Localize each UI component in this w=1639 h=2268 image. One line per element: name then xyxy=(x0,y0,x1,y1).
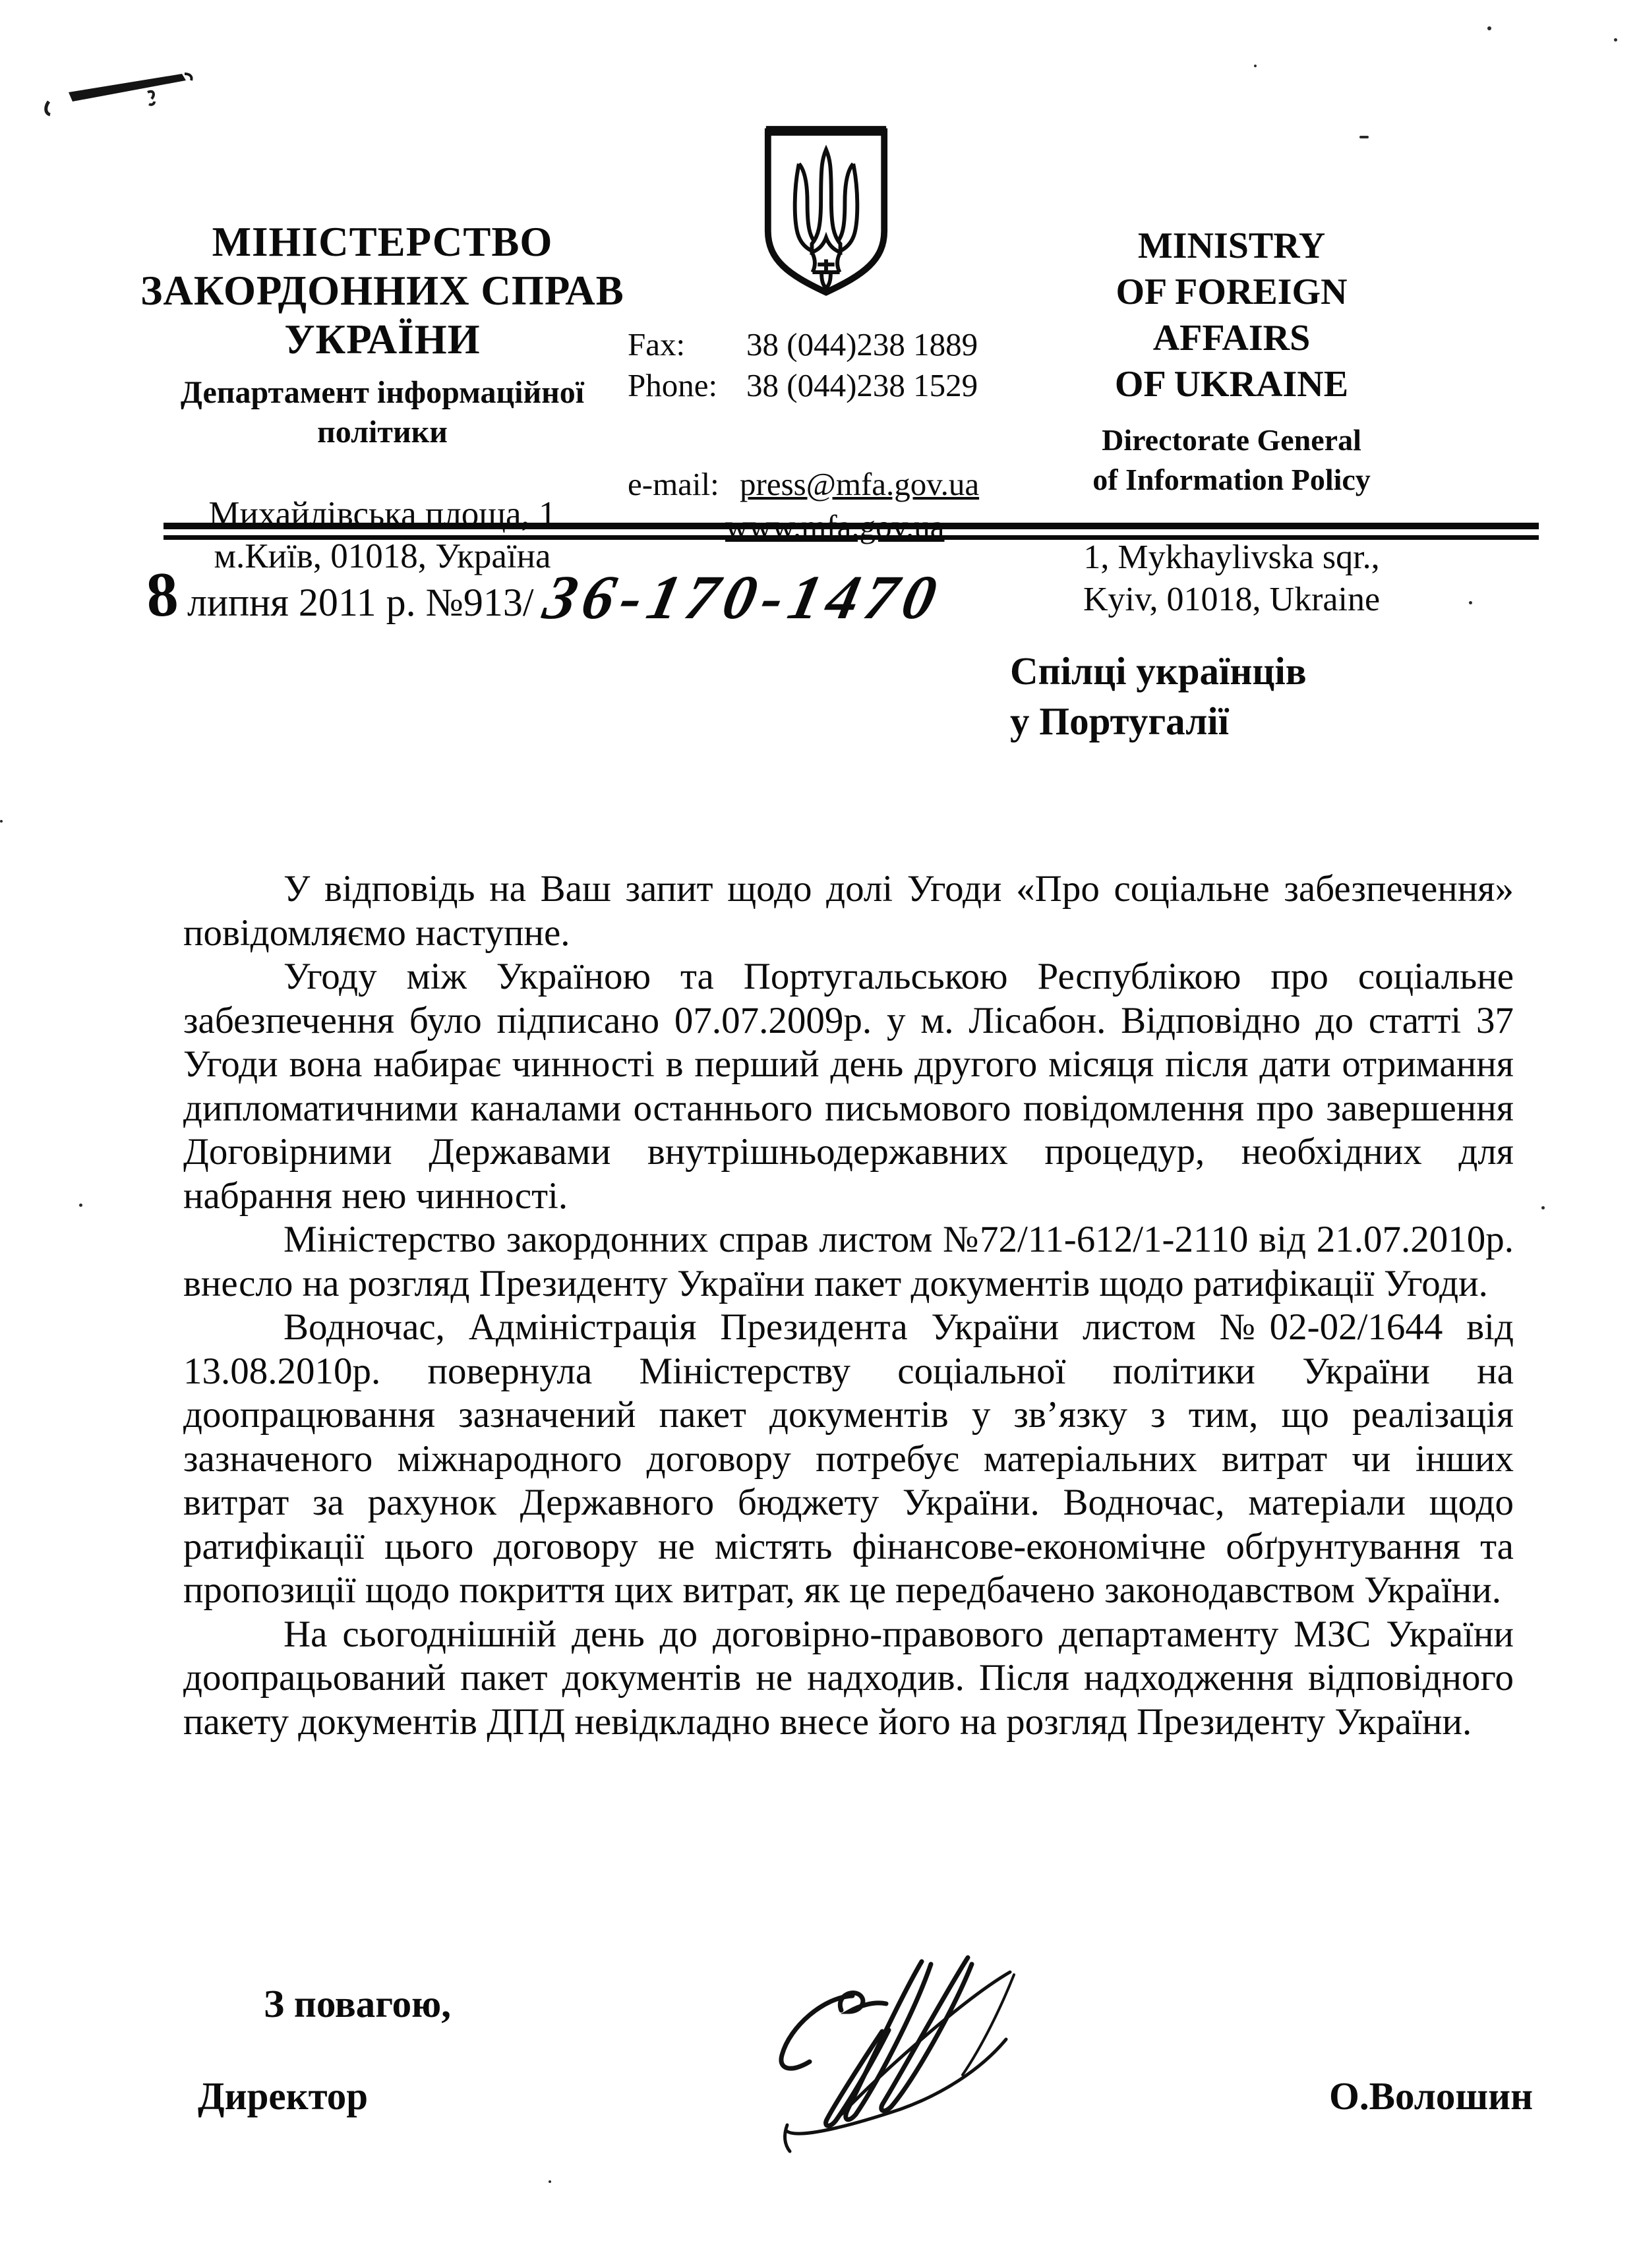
dept-ua-line: Департамент інформаційної xyxy=(105,373,659,413)
pen-curl-right xyxy=(148,92,154,105)
reference-printed-text: липня 2011 р. №913/ xyxy=(178,580,534,625)
dept-en-line: of Information Policy xyxy=(1052,460,1411,500)
email-address: press@mfa.gov.ua xyxy=(740,464,979,505)
email-label: e-mail: xyxy=(628,464,740,505)
scan-speck xyxy=(549,2180,551,2183)
letterhead-divider-rule xyxy=(164,523,1539,540)
scan-speck xyxy=(1487,26,1491,30)
signer-name: О.Волошин xyxy=(1329,2074,1533,2119)
fax-label: Fax: xyxy=(628,324,746,365)
handwritten-day: 8 xyxy=(144,557,180,631)
scanned-letter-page: { "letterhead": { "left": { "org_lines":… xyxy=(0,0,1639,2268)
closing-salutation: З повагою, xyxy=(264,1981,451,2027)
pen-curl-left xyxy=(46,102,50,115)
emblem-trident xyxy=(795,150,858,288)
recipient-line: у Португалії xyxy=(1010,696,1307,746)
org-name-en-line: OF FOREIGN AFFAIRS xyxy=(1052,269,1411,361)
letter-body: У відповідь на Ваш запит щодо долі Угоди… xyxy=(183,867,1514,1744)
body-paragraph: Міністерство закордонних справ листом №7… xyxy=(183,1218,1514,1306)
pen-scribble-mark xyxy=(18,51,210,144)
scan-speck xyxy=(0,820,3,823)
org-name-ua-line: МІНІСТЕРСТВО xyxy=(105,218,659,266)
recipient-line: Спілці українців xyxy=(1010,646,1307,696)
fax-value: 38 (044)238 1889 xyxy=(746,324,978,365)
signer-title: Директор xyxy=(198,2074,368,2119)
handwritten-outgoing-number: 36-170-1470 xyxy=(525,561,949,633)
signature-icon xyxy=(686,1897,1028,2230)
body-paragraph: Водночас, Адміністрація Президента Украї… xyxy=(183,1306,1514,1613)
dept-en-line: Directorate General xyxy=(1052,421,1411,460)
org-name-ua-line: УКРАЇНИ xyxy=(105,315,659,364)
ukraine-trident-emblem-icon xyxy=(761,123,891,301)
letterhead-right-block: MINISTRY OF FOREIGN AFFAIRS OF UKRAINE D… xyxy=(1052,223,1411,621)
phone-value: 38 (044)238 1529 xyxy=(746,365,978,406)
scan-speck xyxy=(1541,1206,1545,1209)
scan-speck xyxy=(1469,601,1472,604)
letterhead-contact-block: Fax: 38 (044)238 1889 Phone: 38 (044)238… xyxy=(628,324,1036,547)
org-name-en-line: MINISTRY xyxy=(1052,223,1411,269)
body-paragraph: Угоду між Україною та Португальською Рес… xyxy=(183,955,1514,1218)
dept-ua-line: політики xyxy=(105,413,659,452)
address-en-line: 1, Mykhaylivska sqr., xyxy=(1052,537,1411,579)
body-paragraph: На сьогоднішній день до договірно-правов… xyxy=(183,1613,1514,1745)
org-name-ua-line: ЗАКОРДОННИХ СПРАВ xyxy=(105,266,659,315)
pen-stroke-tail xyxy=(185,74,192,80)
reference-line: 8 липня 2011 р. №913/ 36-170-1470 xyxy=(146,558,941,631)
address-en-line: Kyiv, 01018, Ukraine xyxy=(1052,579,1411,621)
scan-speck xyxy=(1254,65,1257,67)
body-paragraph: У відповідь на Ваш запит щодо долі Угоди… xyxy=(183,867,1514,955)
recipient-block: Спілці українців у Португалії xyxy=(1010,646,1307,746)
phone-label: Phone: xyxy=(628,365,746,406)
scan-speck xyxy=(1614,38,1617,42)
scan-speck xyxy=(1359,136,1369,138)
pen-stroke xyxy=(69,74,186,102)
scan-speck xyxy=(79,1204,82,1207)
org-name-en-line: OF UKRAINE xyxy=(1052,361,1411,407)
